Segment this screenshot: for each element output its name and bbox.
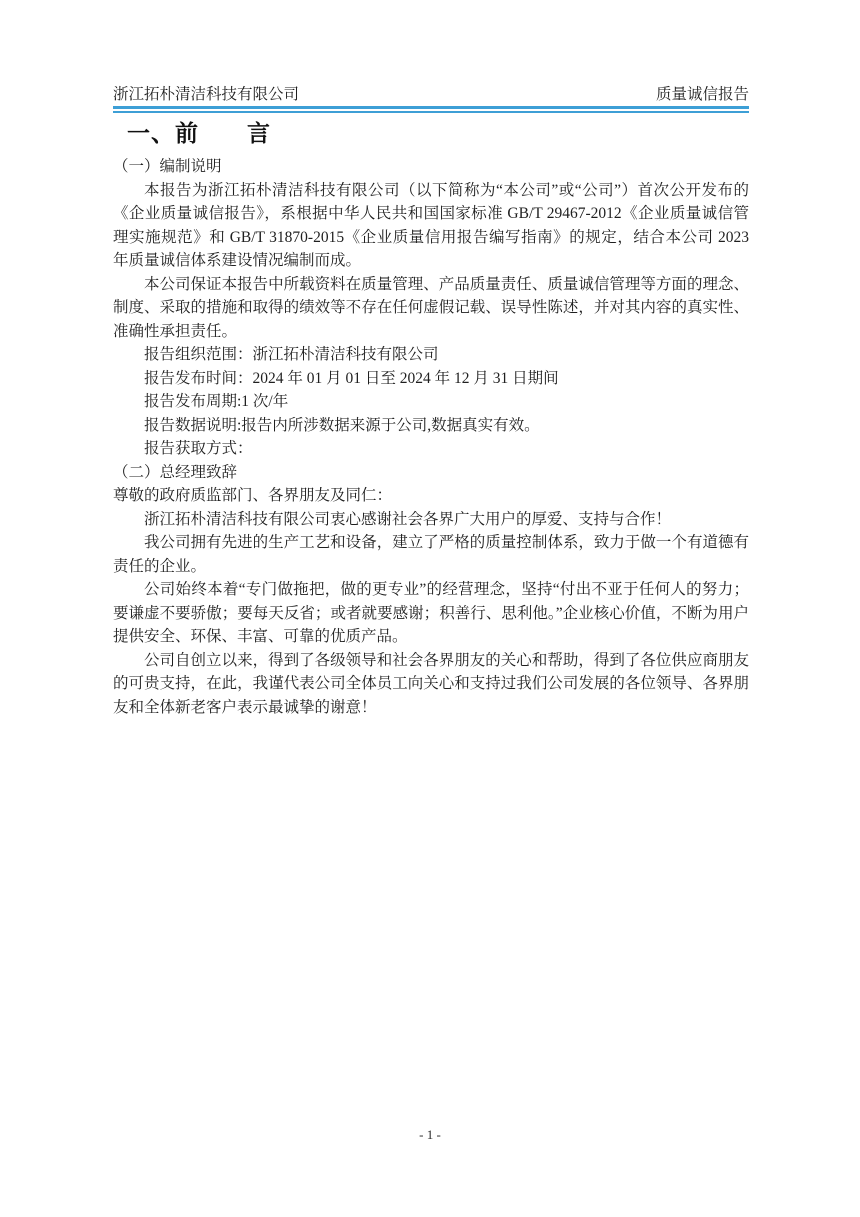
body-text: （一）编制说明 本报告为浙江拓朴清洁科技有限公司（以下简称为“本公司”或“公司”…: [113, 155, 749, 719]
section-heading-compilation-notes: （一）编制说明: [113, 155, 749, 179]
header-doc-type: 质量诚信报告: [656, 85, 749, 104]
page-header: 浙江拓朴清洁科技有限公司 质量诚信报告: [113, 85, 749, 104]
section-heading-gm-address: （二）总经理致辞: [113, 461, 749, 485]
page-content: 浙江拓朴清洁科技有限公司 质量诚信报告 一、前 言 （一）编制说明 本报告为浙江…: [113, 85, 749, 719]
page-number: - 1 -: [0, 1127, 860, 1143]
para-philosophy: 公司始终本着“专门做拖把，做的更专业”的经营理念，坚持“付出不亚于任何人的努力；…: [113, 578, 749, 649]
para-report-access: 报告获取方式：: [113, 437, 749, 461]
document-page: 浙江拓朴清洁科技有限公司 质量诚信报告 一、前 言 （一）编制说明 本报告为浙江…: [0, 0, 860, 1217]
para-report-period: 报告发布时间：2024 年 01 月 01 日至 2024 年 12 月 31 …: [113, 367, 749, 391]
section-title-preface: 一、前 言: [113, 121, 749, 146]
header-rule: [113, 106, 749, 113]
header-rule-thin: [113, 111, 749, 113]
para-report-basis: 本报告为浙江拓朴清洁科技有限公司（以下简称为“本公司”或“公司”）首次公开发布的…: [113, 179, 749, 273]
para-report-guarantee: 本公司保证本报告中所载资料在质量管理、产品质量责任、质量诚信管理等方面的理念、制…: [113, 273, 749, 344]
para-thanks: 浙江拓朴清洁科技有限公司衷心感谢社会各界广大用户的厚爱、支持与合作！: [113, 508, 749, 532]
para-report-data-note: 报告数据说明:报告内所涉数据来源于公司,数据真实有效。: [113, 414, 749, 438]
para-gratitude: 公司自创立以来，得到了各级领导和社会各界朋友的关心和帮助，得到了各位供应商朋友的…: [113, 649, 749, 720]
para-report-frequency: 报告发布周期:1 次/年: [113, 390, 749, 414]
para-salutation: 尊敬的政府质监部门、各界朋友及同仁：: [113, 484, 749, 508]
para-report-scope: 报告组织范围：浙江拓朴清洁科技有限公司: [113, 343, 749, 367]
para-capability: 我公司拥有先进的生产工艺和设备，建立了严格的质量控制体系，致力于做一个有道德有责…: [113, 531, 749, 578]
header-company-name: 浙江拓朴清洁科技有限公司: [113, 85, 299, 104]
